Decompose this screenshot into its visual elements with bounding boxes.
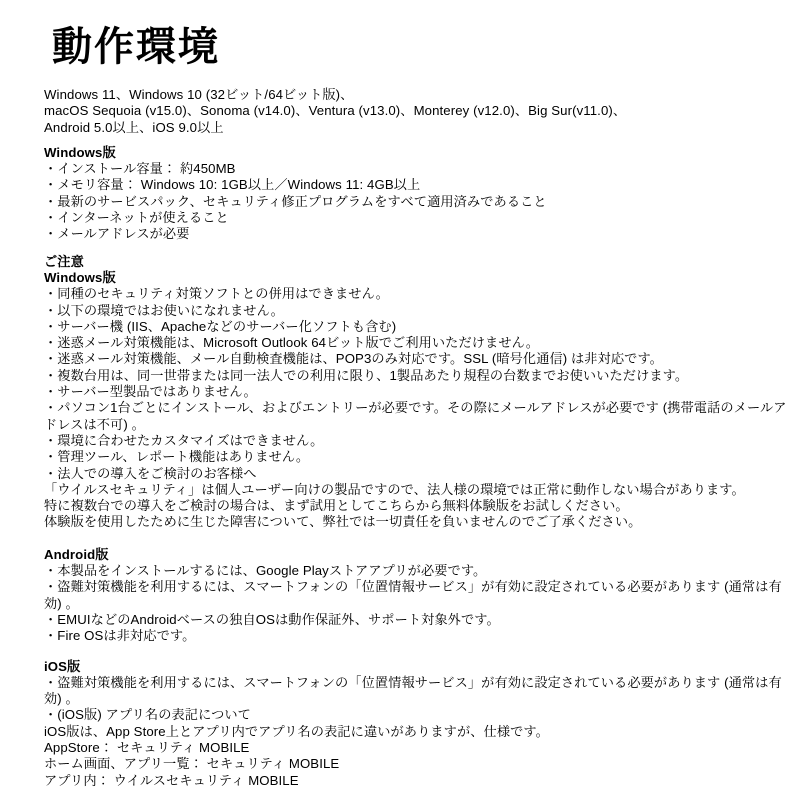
section-heading-windows: Windows版 <box>44 145 792 161</box>
section-notice-windows: ご注意 Windows版 ・同種のセキュリティ対策ソフトとの併用はできません。 … <box>44 254 792 531</box>
notice-item: ・環境に合わせたカスタマイズはできません。 <box>44 433 792 449</box>
section-android-notes: Android版 ・本製品をインストールするには、Google Playストアア… <box>44 547 792 645</box>
section-heading-android: Android版 <box>44 547 792 563</box>
notice-item: ・迷惑メール対策機能、メール自動検査機能は、POP3のみ対応です。SSL (暗号… <box>44 351 792 367</box>
requirement-item: ・インターネットが使えること <box>44 210 792 226</box>
ios-note-item: アプリ内： ウイルスセキュリティ MOBILE <box>44 773 792 789</box>
notice-item: ・パソコン1台ごとにインストール、およびエントリーが必要です。その際にメールアド… <box>44 400 792 433</box>
section-ios-notes: iOS版 ・盗難対策機能を利用するには、スマートフォンの「位置情報サービス」が有… <box>44 659 792 789</box>
notice-item: ・サーバー型製品ではありません。 <box>44 384 792 400</box>
android-note-item: ・盗難対策機能を利用するには、スマートフォンの「位置情報サービス」が有効に設定さ… <box>44 579 792 612</box>
notice-item: ・以下の環境ではお使いになれません。 <box>44 303 792 319</box>
system-requirements-page: { "colors": { "text": "#000000", "backgr… <box>0 0 800 800</box>
requirement-item: ・最新のサービスパック、セキュリティ修正プログラムをすべて適用済みであること <box>44 194 792 210</box>
notice-item: ・サーバー機 (IIS、Apacheなどのサーバー化ソフトも含む) <box>44 319 792 335</box>
section-subheading-windows: Windows版 <box>44 270 792 286</box>
ios-note-item: iOS版は、App Store上とアプリ内でアプリ名の表記に違いがありますが、仕… <box>44 724 792 740</box>
supported-os-summary: Windows 11、Windows 10 (32ビット/64ビット版)、 ma… <box>44 87 792 136</box>
intro-os-line: Android 5.0以上、iOS 9.0以上 <box>44 120 792 136</box>
notice-item: 特に複数台での導入をご検討の場合は、まず試用としてこちらから無料体験版をお試しく… <box>44 498 792 514</box>
intro-os-line: macOS Sequoia (v15.0)、Sonoma (v14.0)、Ven… <box>44 103 792 119</box>
section-windows-requirements: Windows版 ・インストール容量： 約450MB ・メモリ容量： Windo… <box>44 145 792 243</box>
ios-note-item: ・盗難対策機能を利用するには、スマートフォンの「位置情報サービス」が有効に設定さ… <box>44 675 792 708</box>
page-title: 動作環境 <box>52 26 792 68</box>
ios-note-item: ホーム画面、アプリ一覧： セキュリティ MOBILE <box>44 756 792 772</box>
requirement-item: ・インストール容量： 約450MB <box>44 161 792 177</box>
ios-note-item: AppStore： セキュリティ MOBILE <box>44 740 792 756</box>
notice-item: ・法人での導入をご検討のお客様へ <box>44 466 792 482</box>
notice-item: ・迷惑メール対策機能は、Microsoft Outlook 64ビット版でご利用… <box>44 335 792 351</box>
section-heading-ios: iOS版 <box>44 659 792 675</box>
notice-item: ・管理ツール、レポート機能はありません。 <box>44 449 792 465</box>
android-note-item: ・Fire OSは非対応です。 <box>44 628 792 644</box>
android-note-item: ・EMUIなどのAndroidベースの独自OSは動作保証外、サポート対象外です。 <box>44 612 792 628</box>
intro-os-line: Windows 11、Windows 10 (32ビット/64ビット版)、 <box>44 87 792 103</box>
notice-item: ・複数台用は、同一世帯または同一法人での利用に限り、1製品あたり規程の台数までお… <box>44 368 792 384</box>
section-heading-notice: ご注意 <box>44 254 792 270</box>
notice-item: ・同種のセキュリティ対策ソフトとの併用はできません。 <box>44 286 792 302</box>
notice-item: 体験版を使用したために生じた障害について、弊社では一切責任を負いませんのでご了承… <box>44 514 792 530</box>
notice-item: 「ウイルスセキュリティ」は個人ユーザー向けの製品ですので、法人様の環境では正常に… <box>44 482 792 498</box>
document-body: 動作環境 Windows 11、Windows 10 (32ビット/64ビット版… <box>0 0 800 789</box>
android-note-item: ・本製品をインストールするには、Google Playストアアプリが必要です。 <box>44 563 792 579</box>
ios-note-item: ・(iOS版) アプリ名の表記について <box>44 707 792 723</box>
requirement-item: ・メールアドレスが必要 <box>44 226 792 242</box>
requirement-item: ・メモリ容量： Windows 10: 1GB以上／Windows 11: 4G… <box>44 177 792 193</box>
